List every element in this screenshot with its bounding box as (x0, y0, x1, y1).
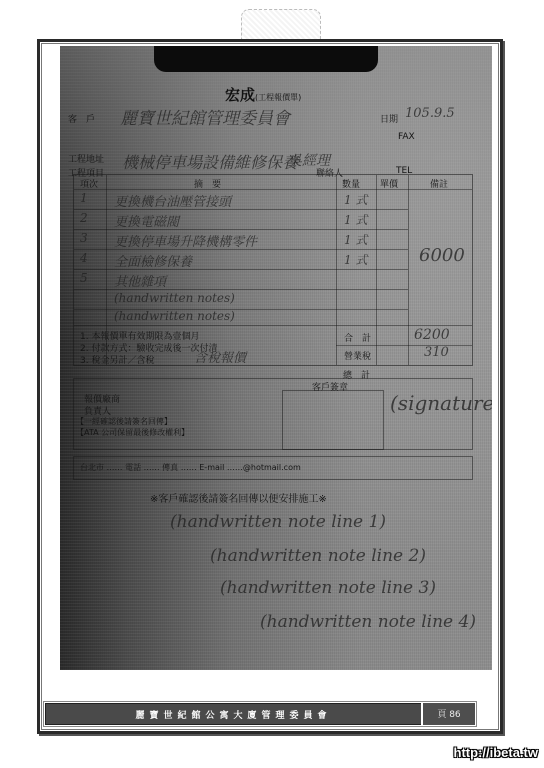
subtotal-label: 合 計 (344, 331, 371, 344)
date-label: 日期 (380, 112, 398, 125)
row-item: 更換電磁閥 (114, 211, 179, 230)
row-qty: 1 式 (344, 211, 367, 228)
handwritten-line-4: (handwritten note line 4) (260, 612, 476, 632)
rights-note: 【ATA 公司保留最後修改權利】 (76, 427, 189, 438)
row-no: 3 (80, 231, 88, 245)
project-value: 機械停車場設備維修保養 (122, 150, 298, 173)
handwritten-line-2: (handwritten note line 2) (210, 546, 426, 566)
contact-value: 吳經理 (288, 150, 330, 170)
form-title: 宏成(工程報價單) (225, 84, 301, 105)
tax-value: 310 (424, 345, 449, 360)
col-price: 單價 (380, 177, 398, 190)
note-heading: ※客戶確認後請簽名回傳以便安排施工※ (150, 490, 327, 505)
quotation-table: 項次 摘 要 數量 單價 備註 1 更換機台油壓管接頭 1 式 2 更換電磁閥 … (73, 174, 473, 366)
tax-label: 營業稅 (344, 349, 371, 362)
page-number: 頁 86 (423, 707, 475, 720)
customer-sign-box (282, 390, 384, 450)
col-no: 項次 (80, 177, 98, 190)
row-item: 更換機台油壓管接頭 (114, 191, 231, 210)
footer-title: 麗寶世紀館公寓大廈管理委員會 (46, 708, 421, 721)
row-no: 1 (80, 191, 88, 205)
row-qty: 1 式 (344, 231, 367, 248)
col-item: 摘 要 (194, 177, 221, 190)
subtotal-value: 6200 (414, 327, 450, 343)
row-item: 全面檢修保養 (114, 251, 192, 270)
term-3: 3. 稅金另計／含稅 (80, 353, 154, 366)
row-no: 4 (80, 251, 88, 265)
date-value: 105.9.5 (405, 106, 455, 121)
handwritten-line-1: (handwritten note line 1) (170, 512, 386, 532)
row-item: (handwritten notes) (114, 309, 235, 323)
customer-value: 麗寶世紀館管理委員會 (120, 104, 290, 129)
col-remark: 備註 (430, 177, 448, 190)
remark-amount: 6000 (419, 245, 465, 266)
customer-sign-label: 客戶簽章 (312, 380, 348, 393)
site-label: 工程地址 (68, 152, 104, 165)
fax-label: FAX (398, 132, 415, 142)
footer-bar: 麗寶世紀館公寓大廈管理委員會 (45, 703, 475, 725)
redaction-bar (154, 46, 378, 72)
row-qty: 1 式 (344, 251, 367, 268)
totals-note: 含稅報價 (194, 347, 246, 366)
sign-return-note: 【一經確認後請簽名回傳】 (76, 416, 172, 427)
row-qty: 1 式 (344, 191, 367, 208)
col-qty: 數量 (342, 177, 360, 190)
row-item: (handwritten notes) (114, 291, 235, 305)
row-item: 其他雜項 (114, 271, 166, 290)
row-no: 5 (80, 271, 88, 285)
row-item: 更換停車場升降機構零件 (114, 231, 257, 250)
footer-page: 頁 86 (421, 703, 475, 725)
watermark: http://ibeta.tw (454, 745, 539, 760)
handwritten-line-3: (handwritten note line 3) (220, 578, 436, 598)
company-address: 台北市 …… 電話 …… 傳真 …… E-mail ……@hotmail.com (80, 462, 301, 473)
row-no: 2 (80, 211, 88, 225)
customer-signature: (signature) (390, 391, 492, 415)
customer-label: 客 戶 (68, 112, 95, 125)
scanned-quotation: 宏成(工程報價單) 客 戶 麗寶世紀館管理委員會 日期 105.9.5 FAX … (60, 46, 492, 670)
